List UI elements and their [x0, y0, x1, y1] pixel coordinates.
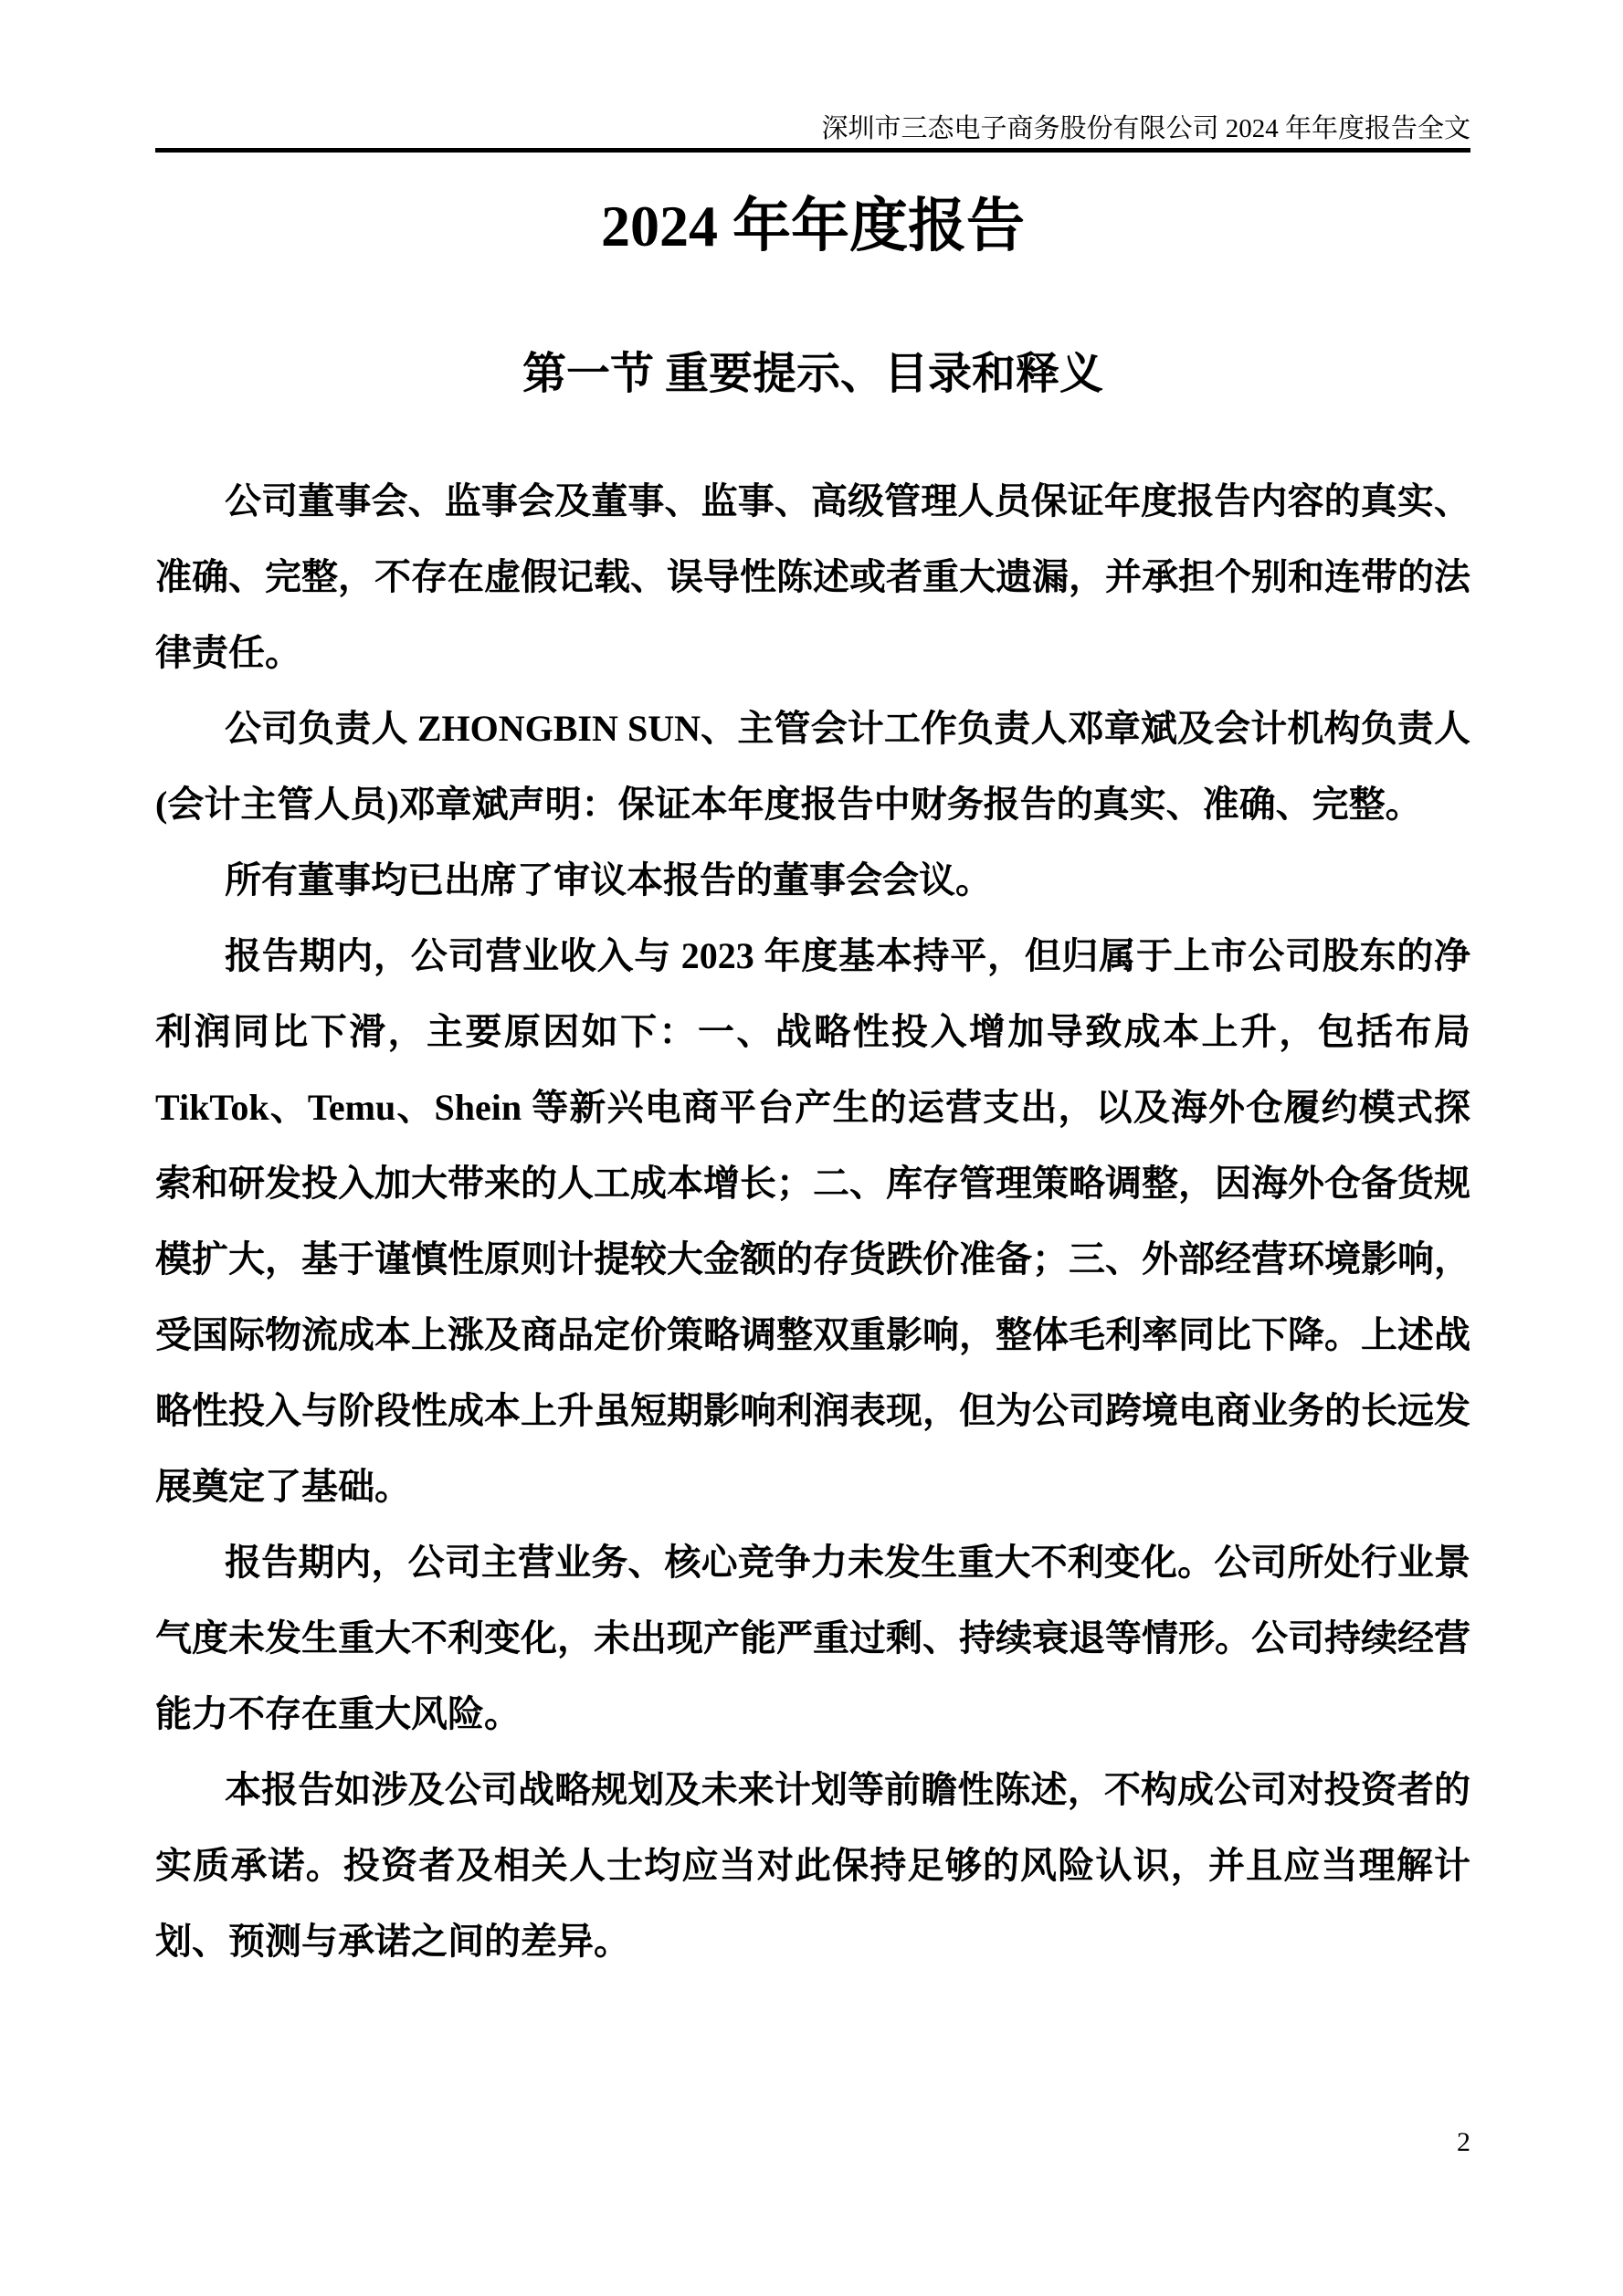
- report-title: 2024 年年度报告: [155, 186, 1470, 267]
- page-header-note: 深圳市三态电子商务股份有限公司 2024 年年度报告全文: [155, 113, 1470, 144]
- body-paragraph: 公司董事会、监事会及董事、监事、高级管理人员保证年度报告内容的真实、准确、完整，…: [155, 463, 1470, 690]
- body-paragraph: 报告期内，公司营业收入与 2023 年度基本持平，但归属于上市公司股东的净利润同…: [155, 918, 1470, 1524]
- annual-report-page: 深圳市三态电子商务股份有限公司 2024 年年度报告全文 2024 年年度报告 …: [0, 0, 1623, 2296]
- body-paragraphs: 公司董事会、监事会及董事、监事、高级管理人员保证年度报告内容的真实、准确、完整，…: [155, 463, 1470, 1979]
- body-paragraph: 所有董事均已出席了审议本报告的董事会会议。: [155, 842, 1470, 918]
- header-divider-rule: [155, 148, 1470, 153]
- body-paragraph: 本报告如涉及公司战略规划及未来计划等前瞻性陈述，不构成公司对投资者的实质承诺。投…: [155, 1752, 1470, 1979]
- section-heading: 第一节 重要提示、目录和释义: [155, 343, 1470, 405]
- body-paragraph: 报告期内，公司主营业务、核心竞争力未发生重大不利变化。公司所处行业景气度未发生重…: [155, 1524, 1470, 1752]
- page-number: 2: [155, 2126, 1470, 2159]
- body-paragraph: 公司负责人 ZHONGBIN SUN、主管会计工作负责人邓章斌及会计机构负责人(…: [155, 690, 1470, 842]
